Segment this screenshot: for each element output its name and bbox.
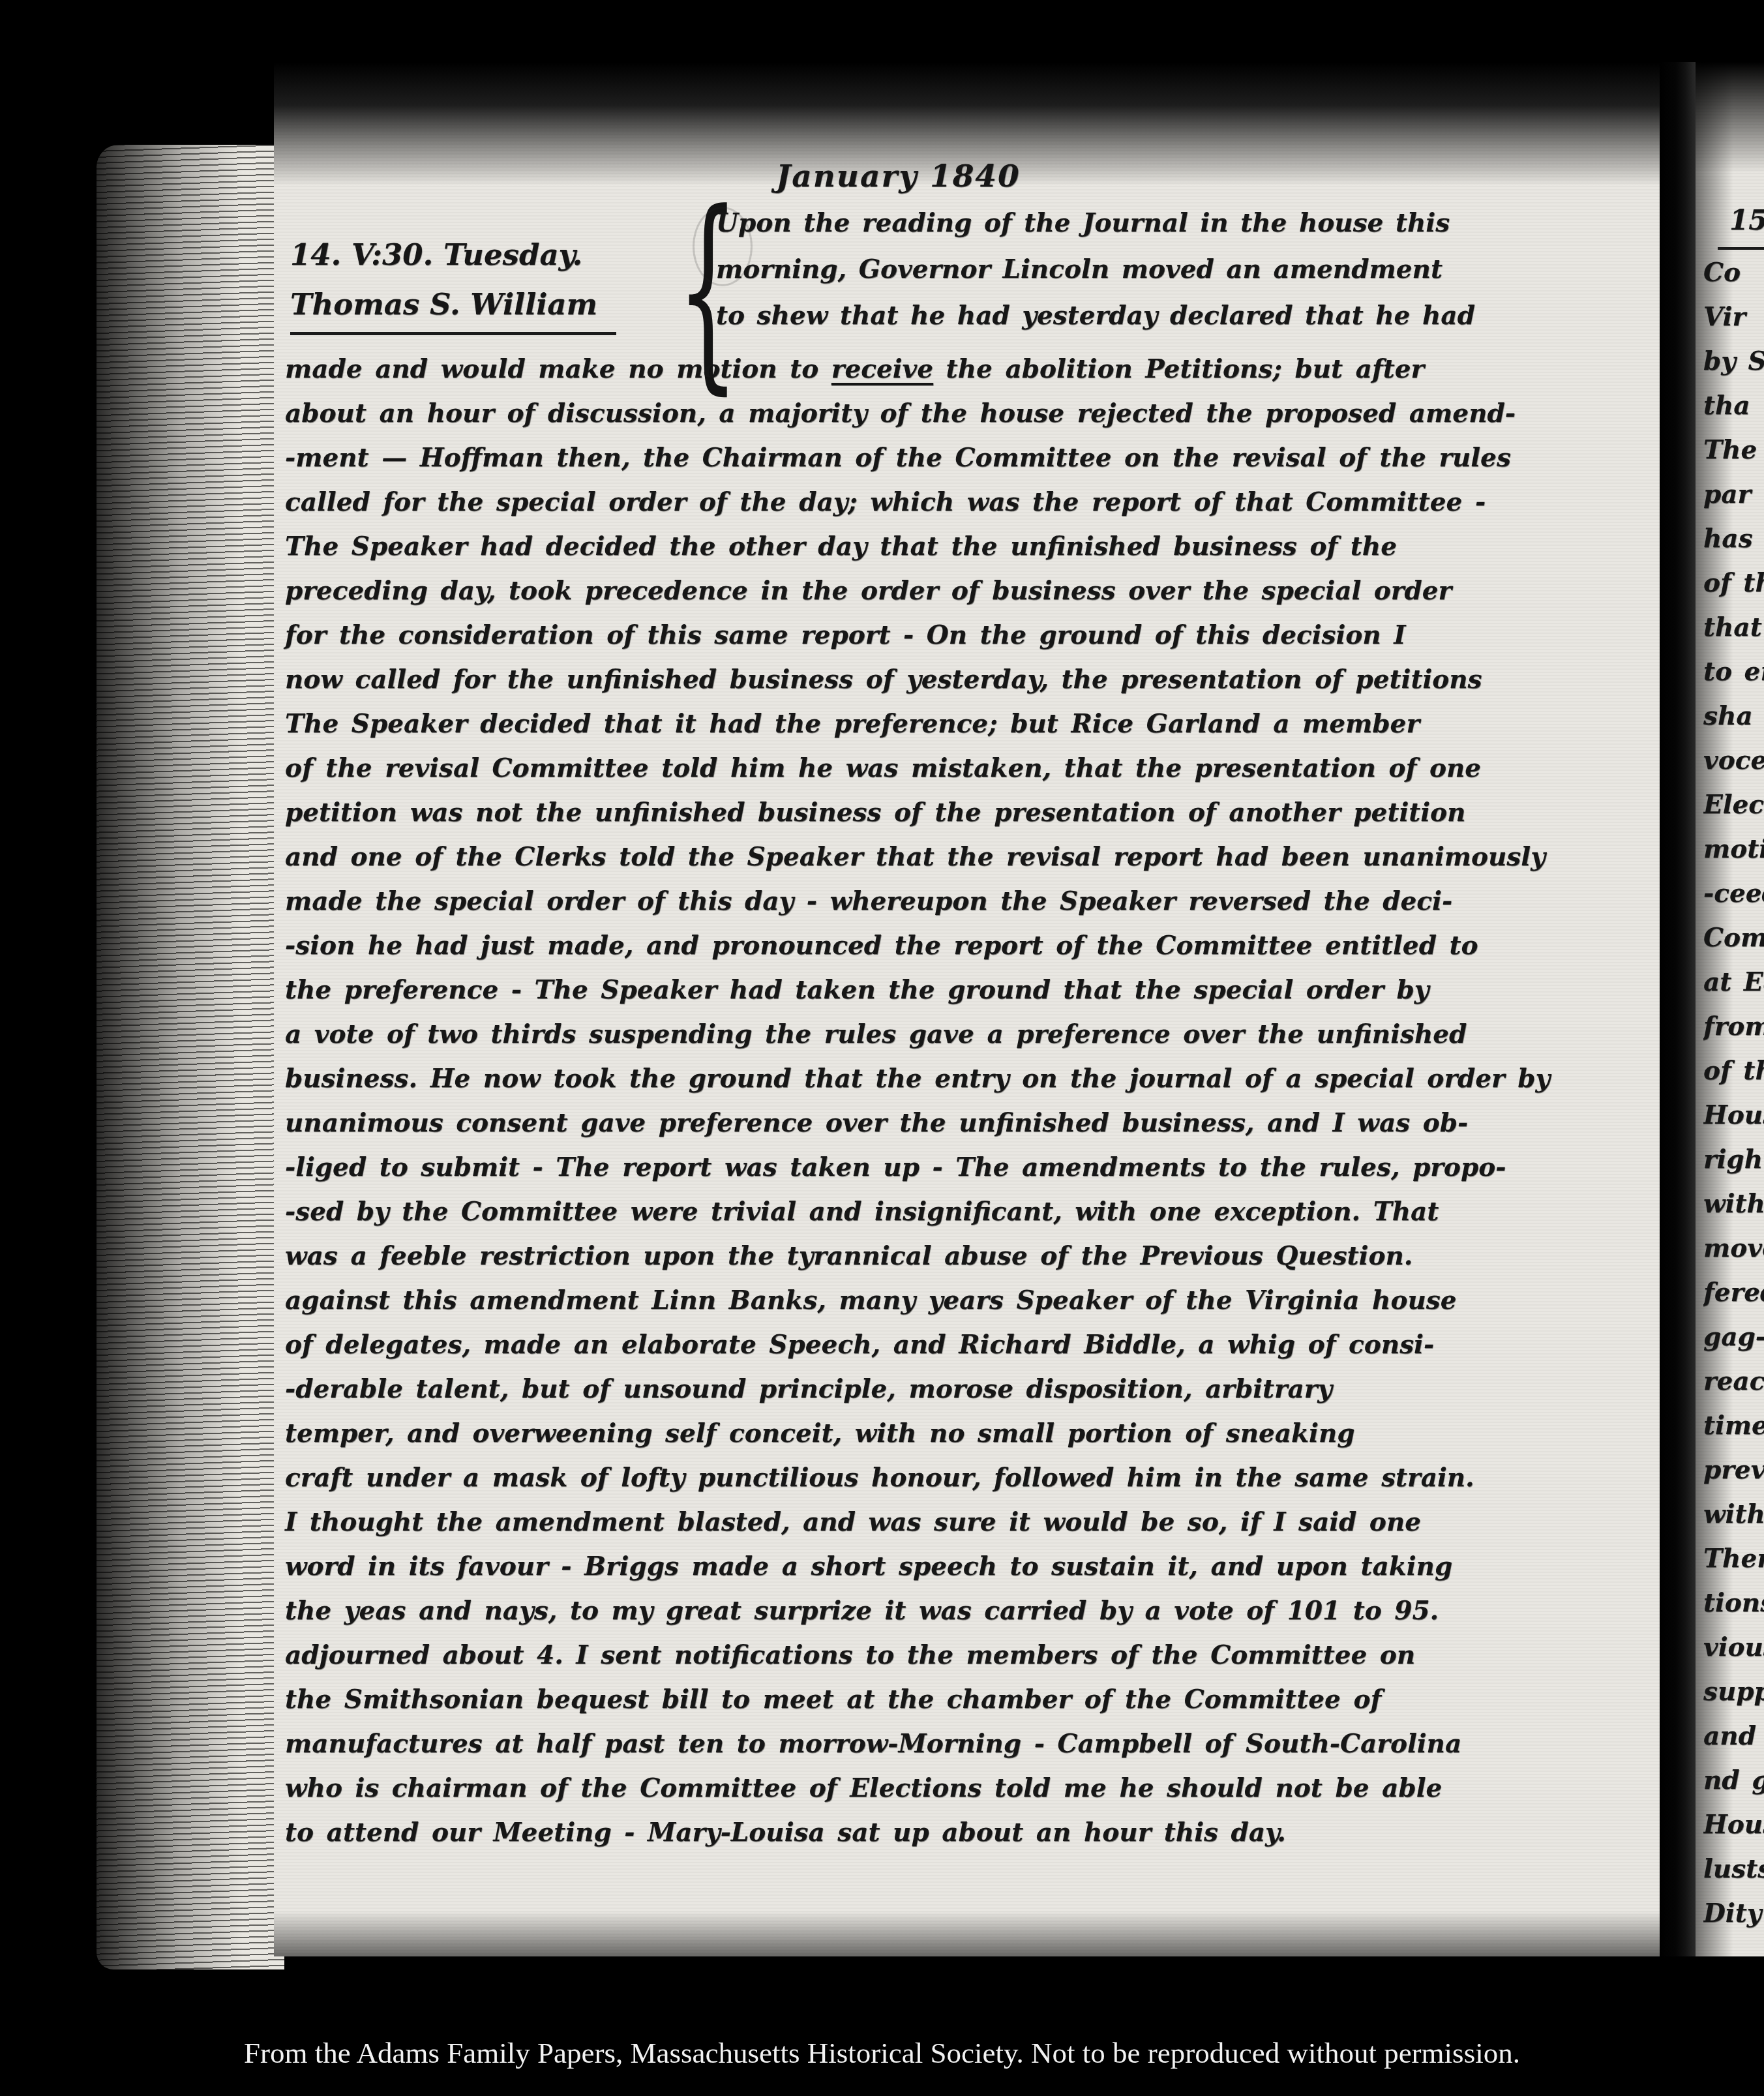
manuscript-line: a vote of two thirds suspending the rule…	[285, 1019, 1645, 1064]
manuscript-line: tions a	[1703, 1588, 1764, 1632]
manuscript-line: to en	[1703, 657, 1764, 701]
manuscript-line: fered a	[1703, 1278, 1764, 1322]
manuscript-line: The Speaker had decided the other day th…	[285, 531, 1645, 576]
manuscript-line: gag- th	[1703, 1322, 1764, 1366]
manuscript-line: withdra	[1703, 1499, 1764, 1544]
manuscript-line: temper, and overweening self conceit, wi…	[285, 1418, 1645, 1463]
manuscript-line: I thought the amendment blasted, and was…	[285, 1507, 1645, 1551]
manuscript-line: tha	[1703, 391, 1764, 435]
manuscript-line: Co	[1703, 258, 1764, 302]
manuscript-line: reach	[1703, 1366, 1764, 1411]
manuscript-line: and Gr	[1703, 1721, 1764, 1765]
manuscript-line: -ment — Hoffman then, the Chairman of th…	[285, 443, 1645, 487]
manuscript-line: petition was not the unfinished business…	[285, 798, 1645, 842]
book-gutter-shadow	[1660, 62, 1696, 1956]
manuscript-line: -liged to submit - The report was taken …	[285, 1152, 1645, 1197]
manuscript-line: -ceed	[1703, 878, 1764, 923]
manuscript-line: time a	[1703, 1411, 1764, 1455]
manuscript-line: right	[1703, 1145, 1764, 1189]
manuscript-line: business. He now took the ground that th…	[285, 1064, 1645, 1108]
manuscript-line: with	[1703, 1189, 1764, 1233]
manuscript-line: the preference - The Speaker had taken t…	[285, 975, 1645, 1019]
manuscript-photo: January 1840 14. V:30. Tuesday. Thomas S…	[0, 0, 1764, 2096]
facing-page-rule	[1718, 247, 1764, 250]
manuscript-line: of tha	[1703, 1056, 1764, 1100]
manuscript-line: sha	[1703, 701, 1764, 745]
manuscript-line: preceding day, took precedence in the or…	[285, 576, 1645, 620]
manuscript-line: adjourned about 4. I sent notifications …	[285, 1640, 1645, 1684]
manuscript-line: made and would make no motion to receive…	[285, 354, 1645, 398]
manuscript-line: word in its favour - Briggs made a short…	[285, 1551, 1645, 1596]
entry-date-line: 14. V:30. Tuesday.	[290, 230, 616, 280]
manuscript-line: motion	[1703, 834, 1764, 878]
manuscript-line: voce	[1703, 745, 1764, 790]
facing-page-number: 15	[1729, 204, 1764, 236]
manuscript-line: Then th	[1703, 1544, 1764, 1588]
manuscript-line: now called for the unfinished business o…	[285, 665, 1645, 709]
manuscript-line: suppli	[1703, 1677, 1764, 1721]
diary-page: January 1840 14. V:30. Tuesday. Thomas S…	[274, 62, 1660, 1956]
manuscript-line: against this amendment Linn Banks, many …	[285, 1285, 1645, 1330]
page-header-date: January 1840	[776, 158, 1021, 194]
manuscript-line: lusts- S	[1703, 1854, 1764, 1898]
manuscript-line: called for the special order of the day;…	[285, 487, 1645, 531]
manuscript-line: -derable talent, but of unsound principl…	[285, 1374, 1645, 1418]
manuscript-line: morning, Governor Lincoln moved an amend…	[716, 254, 1629, 301]
manuscript-line: the yeas and nays, to my great surprize …	[285, 1596, 1645, 1640]
manuscript-line: to shew that he had yesterday declared t…	[716, 301, 1629, 347]
manuscript-line: the Smithsonian bequest bill to meet at …	[285, 1684, 1645, 1729]
manuscript-line: from	[1703, 1011, 1764, 1056]
manuscript-line: Comm	[1703, 923, 1764, 967]
manuscript-line: who is chairman of the Committee of Elec…	[285, 1773, 1645, 1818]
manuscript-line: about an hour of discussion, a majority …	[285, 398, 1645, 443]
entry-opening-lines: Upon the reading of the Journal in the h…	[716, 208, 1629, 347]
manuscript-line: made the special order of this day - whe…	[285, 886, 1645, 931]
manuscript-line: The	[1703, 435, 1764, 479]
manuscript-line: previou	[1703, 1455, 1764, 1499]
manuscript-line: moved	[1703, 1233, 1764, 1278]
manuscript-line: of th	[1703, 568, 1764, 612]
manuscript-line: of delegates, made an elaborate Speech, …	[285, 1330, 1645, 1374]
entry-body-lines: made and would make no motion to receive…	[285, 354, 1645, 1862]
manuscript-line: Upon the reading of the Journal in the h…	[716, 208, 1629, 254]
manuscript-line: that	[1703, 612, 1764, 657]
archive-credit-caption: From the Adams Family Papers, Massachuse…	[0, 2036, 1764, 2070]
manuscript-line: by S	[1703, 346, 1764, 391]
manuscript-line: and one of the Clerks told the Speaker t…	[285, 842, 1645, 886]
facing-page-sliver: 15 CoVirby SthaTheparhasof ththatto ensh…	[1696, 62, 1764, 1956]
entry-name-line: Thomas S. William	[290, 280, 616, 335]
manuscript-line: manufactures at half past ten to morrow-…	[285, 1729, 1645, 1773]
manuscript-line: at Ear	[1703, 967, 1764, 1011]
manuscript-line: craft under a mask of lofty punctilious …	[285, 1463, 1645, 1507]
manuscript-line: has	[1703, 524, 1764, 568]
manuscript-line: House a	[1703, 1810, 1764, 1854]
facing-page-fragments: CoVirby SthaTheparhasof ththatto enshavo…	[1703, 258, 1764, 1943]
manuscript-line: for the consideration of this same repor…	[285, 620, 1645, 665]
book-page-edges	[97, 145, 284, 1969]
manuscript-line: -sed by the Committee were trivial and i…	[285, 1197, 1645, 1241]
manuscript-line: par	[1703, 479, 1764, 524]
manuscript-line: Dity wil	[1703, 1898, 1764, 1943]
manuscript-line: to attend our Meeting - Mary-Louisa sat …	[285, 1818, 1645, 1862]
underlined-word: receive	[831, 354, 933, 384]
manuscript-line: unanimous consent gave preference over t…	[285, 1108, 1645, 1152]
manuscript-line: nd gan	[1703, 1765, 1764, 1810]
manuscript-line: -sion he had just made, and pronounced t…	[285, 931, 1645, 975]
manuscript-line: House	[1703, 1100, 1764, 1145]
manuscript-line: vious q	[1703, 1632, 1764, 1677]
entry-heading: 14. V:30. Tuesday. Thomas S. William	[290, 230, 616, 335]
manuscript-line: was a feeble restriction upon the tyrann…	[285, 1241, 1645, 1285]
manuscript-line: The Speaker decided that it had the pref…	[285, 709, 1645, 753]
manuscript-line: Vir	[1703, 302, 1764, 346]
manuscript-line: Elec	[1703, 790, 1764, 834]
manuscript-line: of the revisal Committee told him he was…	[285, 753, 1645, 798]
